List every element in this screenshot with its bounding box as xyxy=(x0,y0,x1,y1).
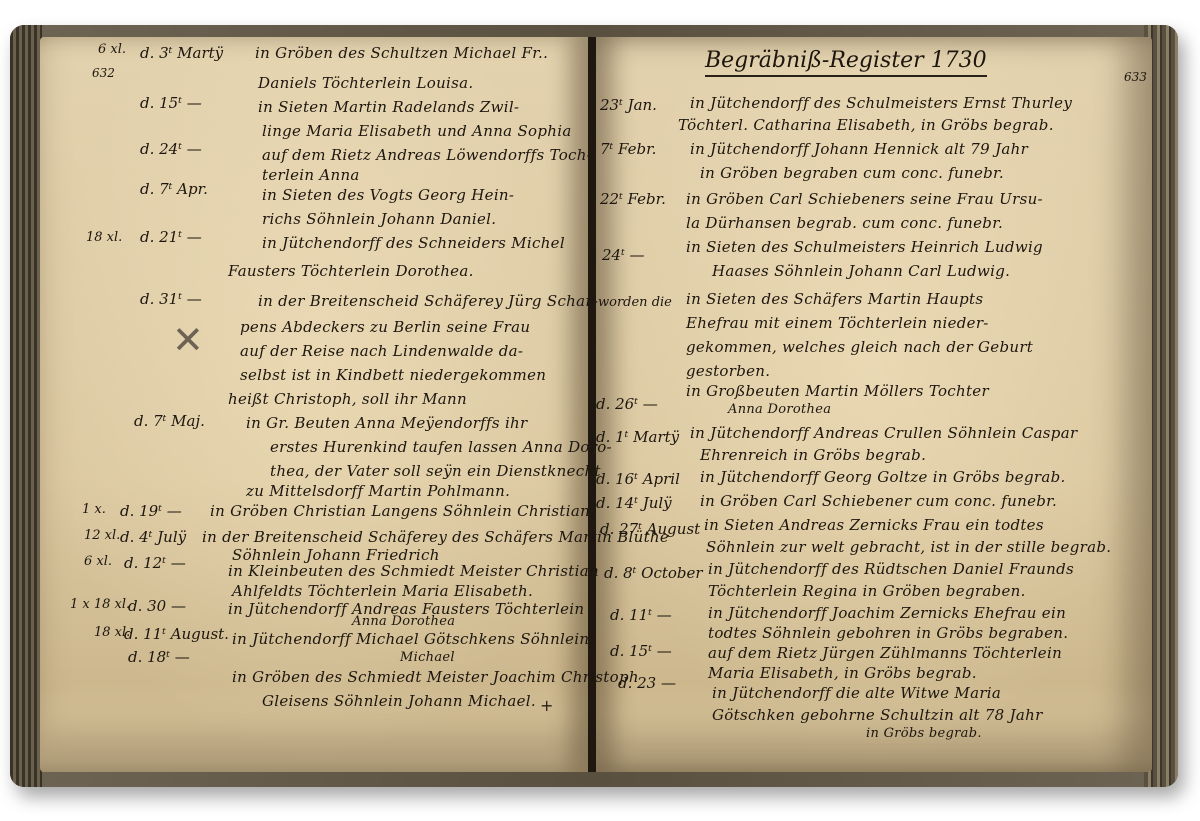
entry-line: in Jütchendorff des Rüdtschen Daniel Fra… xyxy=(708,560,1074,578)
entry-line: in Jütchendorff Georg Goltze in Gröbs be… xyxy=(700,468,1066,486)
entry-line: selbst ist in Kindbett niedergekommen xyxy=(240,366,546,384)
book-edge-left xyxy=(10,25,42,787)
entry-date: d. 27ᵗ August xyxy=(600,520,700,538)
entry-line: in Jütchendorff die alte Witwe Maria xyxy=(712,684,1001,702)
entry-line: in Sieten Andreas Zernicks Frau ein todt… xyxy=(704,516,1044,534)
entry-line: in Jütchendorff des Schneiders Michel xyxy=(262,234,565,252)
entry-line: auf dem Rietz Andreas Löwendorffs Toch- xyxy=(262,146,592,164)
entry-line: in Sieten des Schulmeisters Heinrich Lud… xyxy=(686,238,1043,256)
entry-line: Ehrenreich in Gröbs begrab. xyxy=(700,446,926,464)
entry-line: in Gr. Beuten Anna Meÿendorffs ihr xyxy=(246,414,527,432)
entry-line: Michael xyxy=(400,650,455,665)
margin-note: 6 xl. xyxy=(98,42,126,57)
entry-date: d. 4ᵗ Julÿ xyxy=(120,528,186,546)
entry-line: in Kleinbeuten des Schmiedt Meister Chri… xyxy=(228,562,599,580)
entry-date: d. 7ᵗ Apr. xyxy=(140,180,208,198)
plus-mark: + xyxy=(540,696,553,715)
entry-date: d. 1ᵗ Martÿ xyxy=(596,428,679,446)
entry-date: d. 23 — xyxy=(618,674,676,692)
entry-line: thea, der Vater soll seÿn ein Dienstknec… xyxy=(270,462,601,480)
entry-line: in Sieten Martin Radelands Zwil- xyxy=(258,98,519,116)
margin-note: 1 x 18 xl. xyxy=(70,597,130,612)
entry-date: d. 19ᵗ — xyxy=(120,502,182,520)
entry-line: in Gröben des Schmiedt Meister Joachim C… xyxy=(232,668,639,686)
entry-date: d. 15ᵗ — xyxy=(610,642,672,660)
entry-date: d. 15ᵗ — xyxy=(140,94,202,112)
entry-line: Gleisens Söhnlein Johann Michael. xyxy=(262,692,536,710)
entry-line: in Jütchendorff des Schulmeisters Ernst … xyxy=(690,94,1072,112)
entry-line: gekommen, welches gleich nach der Geburt xyxy=(686,338,1033,356)
margin-note: worden die xyxy=(598,295,672,310)
entry-line: Fausters Töchterlein Dorothea. xyxy=(228,262,474,280)
entry-line: linge Maria Elisabeth und Anna Sophia xyxy=(262,122,572,140)
entry-line: richs Söhnlein Johann Daniel. xyxy=(262,210,496,228)
entry-date: d. 7ᵗ Maj. xyxy=(134,412,205,430)
entry-line: in Gröben des Schultzen Michael Fr.. xyxy=(255,44,548,62)
register-title: Begräbniß-Register 1730 xyxy=(705,48,987,77)
entry-line: la Dürhansen begrab. cum conc. funebr. xyxy=(686,214,1003,232)
entry-line: Ehefrau mit einem Töchterlein nieder- xyxy=(686,314,989,332)
entry-line: in Sieten des Schäfers Martin Haupts xyxy=(686,290,983,308)
entry-line: Maria Elisabeth, in Gröbs begrab. xyxy=(708,664,977,682)
entry-line: in Jütchendorff Joachim Zernicks Ehefrau… xyxy=(708,604,1066,622)
cross-mark: ✕ xyxy=(172,318,204,362)
entry-date: d. 24ᵗ — xyxy=(140,140,202,158)
entry-line: in Gröben begraben cum conc. funebr. xyxy=(700,164,1004,182)
entry-line: heißt Christoph, soll ihr Mann xyxy=(228,390,467,408)
entry-line: Ahlfeldts Töchterlein Maria Elisabeth. xyxy=(232,582,533,600)
entry-date: 23ᵗ Jan. xyxy=(600,96,657,114)
entry-line: Daniels Töchterlein Louisa. xyxy=(258,74,473,92)
entry-line: Haases Söhnlein Johann Carl Ludwig. xyxy=(712,262,1010,280)
entry-line: erstes Hurenkind taufen lassen Anna Doro… xyxy=(270,438,612,456)
entry-line: terlein Anna xyxy=(262,166,360,184)
entry-line: in Gröben Christian Langens Söhnlein Chr… xyxy=(210,502,595,520)
entry-date: 22ᵗ Febr. xyxy=(600,190,666,208)
entry-date: 7ᵗ Febr. xyxy=(600,140,656,158)
page-number-left: 632 xyxy=(92,66,115,80)
entry-date: 24ᵗ — xyxy=(602,246,645,264)
entry-date: d. 18ᵗ — xyxy=(128,648,190,666)
entry-date: d. 16ᵗ April xyxy=(596,470,680,488)
entry-date: d. 21ᵗ — xyxy=(140,228,202,246)
entry-line: in der Breitenscheid Schäferey Jürg Scha… xyxy=(258,292,598,310)
entry-date: d. 11ᵗ August. xyxy=(124,625,229,643)
margin-note: 18 xl. xyxy=(86,230,122,245)
entry-date: d. 26ᵗ — xyxy=(596,395,658,413)
entry-line: zu Mittelsdorff Martin Pohlmann. xyxy=(246,482,510,500)
entry-line: gestorben. xyxy=(686,362,770,380)
entry-line: in Gröbs begrab. xyxy=(866,726,982,741)
entry-line: Anna Dorothea xyxy=(728,402,831,417)
margin-note: 6 xl. xyxy=(84,554,112,569)
entry-line: in Gröben Carl Schiebener cum conc. fune… xyxy=(700,492,1057,510)
entry-date: d. 30 — xyxy=(128,597,186,615)
entry-date: d. 8ᵗ October xyxy=(604,564,703,582)
entry-date: d. 14ᵗ Julÿ xyxy=(596,494,672,512)
entry-line: Söhnlein zur welt gebracht, ist in der s… xyxy=(706,538,1111,556)
entry-line: auf dem Rietz Jürgen Zühlmanns Töchterle… xyxy=(708,644,1062,662)
entry-line: in der Breitenscheid Schäferey des Schäf… xyxy=(202,528,669,546)
entry-line: in Jütchendorff Andreas Crullen Söhnlein… xyxy=(690,424,1077,442)
entry-line: in Jütchendorff Michael Götschkens Söhnl… xyxy=(232,630,589,648)
entry-line: Anna Dorothea xyxy=(352,614,455,629)
entry-line: in Großbeuten Martin Möllers Tochter xyxy=(686,382,989,400)
entry-line: in Gröben Carl Schiebeners seine Frau Ur… xyxy=(686,190,1043,208)
margin-note: 12 xl. xyxy=(84,528,120,543)
entry-line: pens Abdeckers zu Berlin seine Frau xyxy=(240,318,530,336)
entry-date: d. 11ᵗ — xyxy=(610,606,672,624)
entry-date: d. 12ᵗ — xyxy=(124,554,186,572)
entry-line: in Jütchendorff Johann Hennick alt 79 Ja… xyxy=(690,140,1028,158)
entry-line: auf der Reise nach Lindenwalde da- xyxy=(240,342,523,360)
entry-date: d. 31ᵗ — xyxy=(140,290,202,308)
page-number-right: 633 xyxy=(1124,70,1147,84)
entry-line: Töchterlein Regina in Gröben begraben. xyxy=(708,582,1026,600)
entry-line: Töchterl. Catharina Elisabeth, in Gröbs … xyxy=(678,116,1054,134)
entry-line: Götschken gebohrne Schultzin alt 78 Jahr xyxy=(712,706,1043,724)
entry-line: in Sieten des Vogts Georg Hein- xyxy=(262,186,514,204)
margin-note: 1 x. xyxy=(82,502,106,517)
entry-line: todtes Söhnlein gebohren in Gröbs begrab… xyxy=(708,624,1068,642)
entry-date: d. 3ᵗ Martÿ xyxy=(140,44,223,62)
